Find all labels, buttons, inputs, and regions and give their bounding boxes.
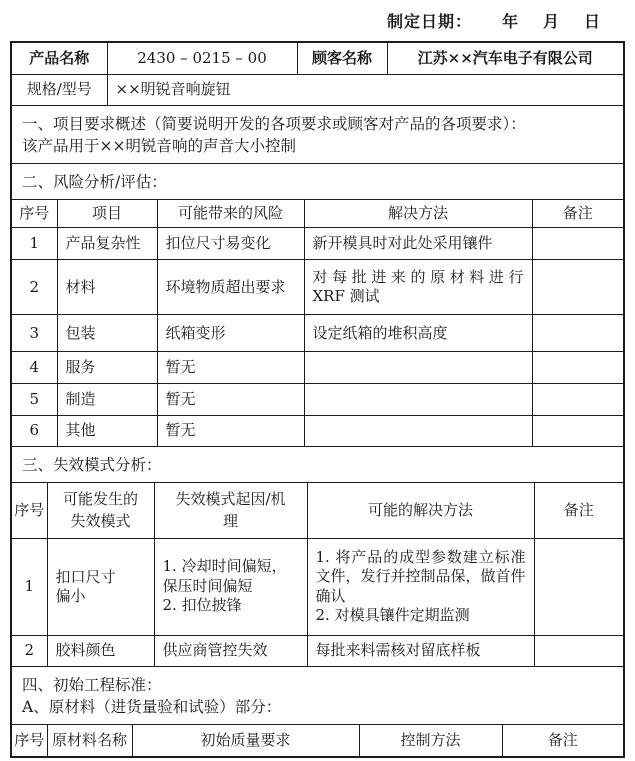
table-row: 1 产品复杂性 扣位尺寸易变化 新开模具时对此处采用镶件 xyxy=(12,228,623,260)
risk-row-no: 2 xyxy=(12,260,57,315)
date-label: 制定日期： xyxy=(387,9,472,32)
risk-row-no: 1 xyxy=(12,228,57,260)
material-header-name: 原材料名称 xyxy=(47,725,132,756)
risk-row-note xyxy=(532,228,623,260)
risk-row-solution xyxy=(304,384,532,416)
section-failure-title: 三、失效模式分析： xyxy=(12,446,623,482)
risk-row-no: 6 xyxy=(12,416,57,446)
risk-row-item: 包装 xyxy=(57,315,157,352)
risk-row-no: 4 xyxy=(12,352,57,384)
risk-row-no: 5 xyxy=(12,384,57,416)
product-number-value: 2430 – 0215 – 00 xyxy=(107,43,297,74)
section-standard-subtitle: A、原材料（进货量验和试验）部分： xyxy=(22,696,611,718)
risk-row-solution xyxy=(304,352,532,384)
risk-header-note: 备注 xyxy=(532,200,623,228)
date-year-label: 年 xyxy=(502,9,519,32)
failure-header-solution: 可能的解决方法 xyxy=(307,482,534,538)
risk-row-item: 材料 xyxy=(57,260,157,315)
section-risk-title: 二、风险分析/评估： xyxy=(12,163,623,199)
table-row: 6 其他 暂无 xyxy=(12,416,623,446)
section-overview-body: 该产品用于××明锐音响的声音大小控制 xyxy=(22,135,611,157)
failure-row-no: 1 xyxy=(12,538,47,635)
section-overview: 一、项目要求概述（简要说明开发的各项要求或顾客对产品的各项要求）： 该产品用于×… xyxy=(12,105,623,163)
risk-table-header: 序号 项目 可能带来的风险 解决方法 备注 xyxy=(12,200,623,228)
risk-header-risk: 可能带来的风险 xyxy=(157,200,304,228)
table-row: 2 材料 环境物质超出要求 对每批进来的原材料进行 XRF 测试 xyxy=(12,260,623,315)
failure-header-note: 备注 xyxy=(534,482,623,538)
product-name-label: 产品名称 xyxy=(12,43,107,74)
failure-mode-table: 序号 可能发生的失效模式 失效模式起因/机理 可能的解决方法 备注 1 扣口尺寸… xyxy=(12,482,623,667)
risk-row-item: 其他 xyxy=(57,416,157,446)
risk-header-no: 序号 xyxy=(12,200,57,228)
product-info-row: 产品名称 2430 – 0215 – 00 顾客名称 江苏××汽车电子有限公司 xyxy=(12,43,623,74)
failure-header-no: 序号 xyxy=(12,482,47,538)
spec-row: 规格/型号 ××明锐音响旋钮 xyxy=(12,74,623,105)
risk-row-solution: 对每批进来的原材料进行 XRF 测试 xyxy=(304,260,532,315)
failure-row-solutions: 每批来料需核对留底样板 xyxy=(307,635,534,666)
risk-row-note xyxy=(532,416,623,446)
failure-row-mode: 扣口尺寸偏小 xyxy=(47,538,154,635)
risk-row-risk: 环境物质超出要求 xyxy=(157,260,304,315)
spec-value: ××明锐音响旋钮 xyxy=(107,74,623,105)
section-standard: 四、初始工程标准： A、原材料（进货量验和试验）部分： xyxy=(12,666,623,724)
risk-row-note xyxy=(532,352,623,384)
failure-row-no: 2 xyxy=(12,635,47,666)
risk-analysis-table: 序号 项目 可能带来的风险 解决方法 备注 1 产品复杂性 扣位尺寸易变化 新开… xyxy=(12,199,623,446)
material-header-note: 备注 xyxy=(502,725,623,756)
risk-row-risk: 暂无 xyxy=(157,384,304,416)
risk-header-solution: 解决方法 xyxy=(304,200,532,228)
risk-row-solution: 设定纸箱的堆积高度 xyxy=(304,315,532,352)
failure-header-cause: 失效模式起因/机理 xyxy=(154,482,307,538)
risk-row-risk: 暂无 xyxy=(157,352,304,384)
date-month-label: 月 xyxy=(543,9,560,32)
raw-material-table: 序号 原材料名称 初始质量要求 控制方法 备注 xyxy=(12,724,623,756)
date-day-label: 日 xyxy=(584,9,601,32)
failure-row-note xyxy=(534,635,623,666)
section-overview-title: 一、项目要求概述（简要说明开发的各项要求或顾客对产品的各项要求）： xyxy=(22,113,611,135)
failure-row-solutions: 1. 将产品的成型参数建立标准文件，发行并控制品保，做首件确认 2. 对模具镶件… xyxy=(307,538,534,635)
material-header-quality: 初始质量要求 xyxy=(132,725,359,756)
table-row: 1 扣口尺寸偏小 1. 冷却时间偏短，保压时间偏短 2. 扣位披锋 1. 将产品… xyxy=(12,538,623,635)
material-header-control: 控制方法 xyxy=(359,725,502,756)
risk-row-note xyxy=(532,384,623,416)
risk-row-solution xyxy=(304,416,532,446)
date-line: 制定日期： 年 月 日 xyxy=(0,9,615,32)
failure-row-note xyxy=(534,538,623,635)
failure-row-causes: 1. 冷却时间偏短，保压时间偏短 2. 扣位披锋 xyxy=(154,538,307,635)
risk-row-note xyxy=(532,260,623,315)
material-table-header: 序号 原材料名称 初始质量要求 控制方法 备注 xyxy=(12,725,623,756)
table-row: 4 服务 暂无 xyxy=(12,352,623,384)
risk-row-risk: 暂无 xyxy=(157,416,304,446)
risk-header-item: 项目 xyxy=(57,200,157,228)
failure-table-header: 序号 可能发生的失效模式 失效模式起因/机理 可能的解决方法 备注 xyxy=(12,482,623,538)
material-header-no: 序号 xyxy=(12,725,47,756)
risk-row-item: 产品复杂性 xyxy=(57,228,157,260)
risk-row-note xyxy=(532,315,623,352)
product-info-table: 产品名称 2430 – 0215 – 00 顾客名称 江苏××汽车电子有限公司 … xyxy=(12,43,623,105)
risk-row-risk: 扣位尺寸易变化 xyxy=(157,228,304,260)
failure-row-causes: 供应商管控失效 xyxy=(154,635,307,666)
table-row: 5 制造 暂无 xyxy=(12,384,623,416)
customer-name-label: 顾客名称 xyxy=(297,43,387,74)
risk-row-item: 服务 xyxy=(57,352,157,384)
section-standard-title: 四、初始工程标准： xyxy=(22,674,611,696)
risk-row-risk: 纸箱变形 xyxy=(157,315,304,352)
document-form: 产品名称 2430 – 0215 – 00 顾客名称 江苏××汽车电子有限公司 … xyxy=(10,41,625,758)
risk-row-item: 制造 xyxy=(57,384,157,416)
failure-row-mode: 胶料颜色 xyxy=(47,635,154,666)
table-row: 3 包装 纸箱变形 设定纸箱的堆积高度 xyxy=(12,315,623,352)
spec-label: 规格/型号 xyxy=(12,74,107,105)
table-row: 2 胶料颜色 供应商管控失效 每批来料需核对留底样板 xyxy=(12,635,623,666)
failure-header-mode: 可能发生的失效模式 xyxy=(47,482,154,538)
customer-name-value: 江苏××汽车电子有限公司 xyxy=(387,43,623,74)
risk-row-no: 3 xyxy=(12,315,57,352)
risk-row-solution: 新开模具时对此处采用镶件 xyxy=(304,228,532,260)
